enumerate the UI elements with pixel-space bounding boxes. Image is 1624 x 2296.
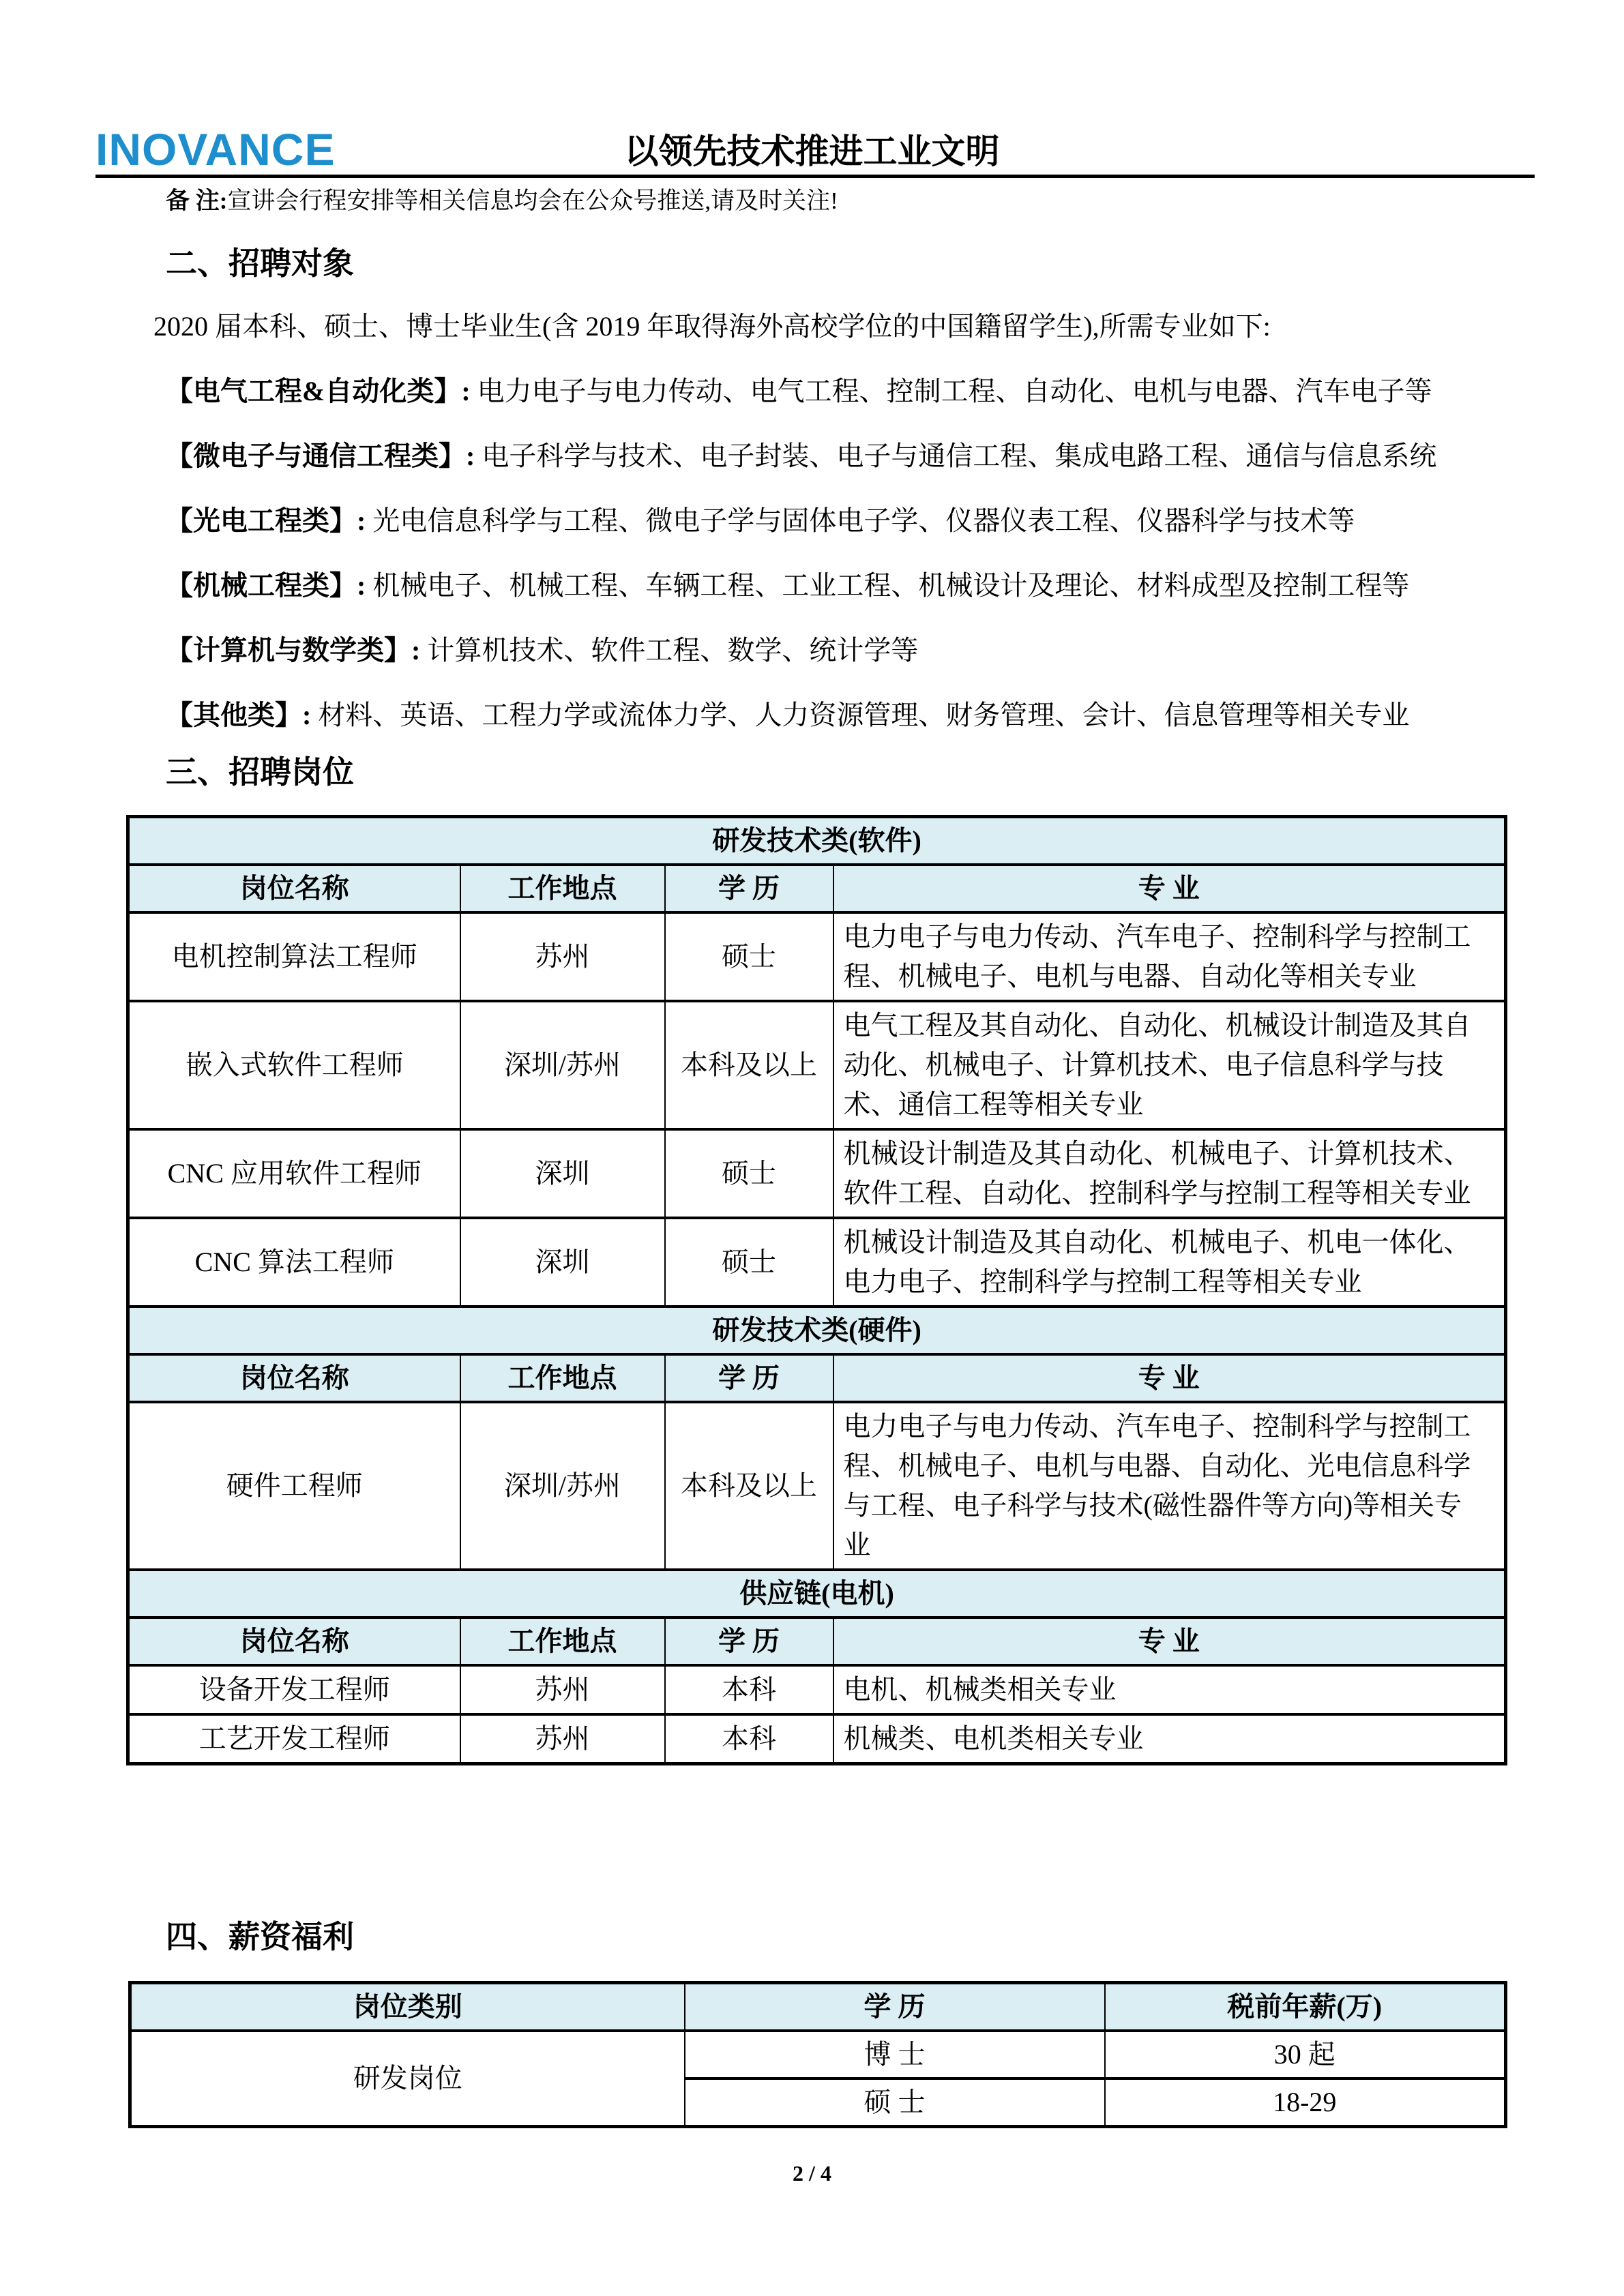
jobs-table: 研发技术类(软件) 岗位名称 工作地点 学 历 专 业 电机控制算法工程师 苏州… bbox=[126, 815, 1507, 1765]
salary-amount-cell: 18-29 bbox=[1105, 2078, 1506, 2127]
category-text: 计算机技术、软件工程、数学、统计学等 bbox=[427, 635, 918, 666]
col-header-category: 岗位类别 bbox=[130, 1983, 685, 2031]
job-degree-cell: 硕士 bbox=[665, 912, 833, 1001]
job-location-cell: 苏州 bbox=[460, 1665, 665, 1714]
job-degree-cell: 硕士 bbox=[665, 1129, 833, 1218]
col-header-degree: 学 历 bbox=[685, 1983, 1105, 2031]
job-major-cell: 电气工程及其自动化、自动化、机械设计制造及其自动化、机械电子、计算机技术、电子信… bbox=[833, 1001, 1506, 1129]
job-degree-cell: 本科及以上 bbox=[665, 1001, 833, 1129]
job-location-cell: 深圳 bbox=[460, 1129, 665, 1218]
group-title: 研发技术类(软件) bbox=[128, 817, 1506, 865]
category-label: 【光电工程类】: bbox=[166, 505, 366, 536]
job-name-cell: 电机控制算法工程师 bbox=[128, 912, 460, 1001]
category-line: 【微电子与通信工程类】:电子科学与技术、电子封装、电子与通信工程、集成电路工程、… bbox=[166, 441, 1624, 471]
col-header-job: 岗位名称 bbox=[128, 1617, 460, 1665]
salary-amount-cell: 30 起 bbox=[1105, 2031, 1506, 2078]
category-text: 光电信息科学与工程、微电子学与固体电子学、仪器仪表工程、仪器科学与技术等 bbox=[372, 505, 1355, 536]
category-line: 【其他类】:材料、英语、工程力学或流体力学、人力资源管理、财务管理、会计、信息管… bbox=[166, 700, 1624, 730]
job-name-cell: 工艺开发工程师 bbox=[128, 1714, 460, 1764]
salary-degree-cell: 硕 士 bbox=[685, 2078, 1105, 2127]
job-major-cell: 电力电子与电力传动、汽车电子、控制科学与控制工程、机械电子、电机与电器、自动化、… bbox=[833, 1402, 1506, 1570]
job-major-cell: 机械类、电机类相关专业 bbox=[833, 1714, 1506, 1764]
job-location-cell: 苏州 bbox=[460, 1714, 665, 1764]
category-label: 【其他类】: bbox=[166, 700, 311, 730]
col-header-salary: 税前年薪(万) bbox=[1105, 1983, 1506, 2031]
salary-degree-cell: 博 士 bbox=[685, 2031, 1105, 2078]
category-line: 【光电工程类】:光电信息科学与工程、微电子学与固体电子学、仪器仪表工程、仪器科学… bbox=[166, 506, 1624, 536]
group-band-software: 研发技术类(软件) bbox=[128, 817, 1506, 865]
job-location-cell: 深圳/苏州 bbox=[460, 1402, 665, 1570]
job-degree-cell: 硕士 bbox=[665, 1218, 833, 1307]
category-line: 【机械工程类】:机械电子、机械工程、车辆工程、工业工程、机械设计及理论、材料成型… bbox=[166, 571, 1624, 601]
job-row: 电机控制算法工程师 苏州 硕士 电力电子与电力传动、汽车电子、控制科学与控制工程… bbox=[128, 912, 1506, 1001]
category-label: 【电气工程&自动化类】: bbox=[166, 376, 471, 406]
job-major-cell: 机械设计制造及其自动化、机械电子、计算机技术、软件工程、自动化、控制科学与控制工… bbox=[833, 1129, 1506, 1218]
jobs-header-row: 岗位名称 工作地点 学 历 专 业 bbox=[128, 1354, 1506, 1402]
category-label: 【微电子与通信工程类】: bbox=[166, 441, 475, 471]
col-header-degree: 学 历 bbox=[665, 865, 833, 912]
job-major-cell: 机械设计制造及其自动化、机械电子、机电一体化、电力电子、控制科学与控制工程等相关… bbox=[833, 1218, 1506, 1307]
col-header-degree: 学 历 bbox=[665, 1354, 833, 1402]
category-text: 电力电子与电力传动、电气工程、控制工程、自动化、电机与电器、汽车电子等 bbox=[477, 376, 1432, 406]
category-label: 【计算机与数学类】: bbox=[166, 635, 420, 666]
job-name-cell: CNC 应用软件工程师 bbox=[128, 1129, 460, 1218]
col-header-location: 工作地点 bbox=[460, 865, 665, 912]
category-text: 机械电子、机械工程、车辆工程、工业工程、机械设计及理论、材料成型及控制工程等 bbox=[372, 570, 1409, 601]
page-header: INOVANCE 以领先技术推进工业文明 bbox=[0, 109, 1624, 175]
job-degree-cell: 本科及以上 bbox=[665, 1402, 833, 1570]
job-location-cell: 深圳/苏州 bbox=[460, 1001, 665, 1129]
job-major-cell: 电机、机械类相关专业 bbox=[833, 1665, 1506, 1714]
job-row: CNC 应用软件工程师 深圳 硕士 机械设计制造及其自动化、机械电子、计算机技术… bbox=[128, 1129, 1506, 1218]
job-major-cell: 电力电子与电力传动、汽车电子、控制科学与控制工程、机械电子、电机与电器、自动化等… bbox=[833, 912, 1506, 1001]
job-location-cell: 深圳 bbox=[460, 1218, 665, 1307]
group-band-supply-chain: 供应链(电机) bbox=[128, 1570, 1506, 1617]
company-slogan: 以领先技术推进工业文明 bbox=[0, 132, 1624, 170]
col-header-location: 工作地点 bbox=[460, 1354, 665, 1402]
job-name-cell: CNC 算法工程师 bbox=[128, 1218, 460, 1307]
section3-title: 三、招聘岗位 bbox=[166, 756, 1624, 789]
job-location-cell: 苏州 bbox=[460, 912, 665, 1001]
job-degree-cell: 本科 bbox=[665, 1665, 833, 1714]
job-row: 工艺开发工程师 苏州 本科 机械类、电机类相关专业 bbox=[128, 1714, 1506, 1764]
page-number: 2 / 4 bbox=[0, 2161, 1624, 2186]
category-text: 材料、英语、工程力学或流体力学、人力资源管理、财务管理、会计、信息管理等相关专业 bbox=[318, 700, 1409, 730]
col-header-degree: 学 历 bbox=[665, 1617, 833, 1665]
col-header-job: 岗位名称 bbox=[128, 865, 460, 912]
jobs-header-row: 岗位名称 工作地点 学 历 专 业 bbox=[128, 865, 1506, 912]
col-header-major: 专 业 bbox=[833, 1617, 1506, 1665]
job-row: 嵌入式软件工程师 深圳/苏州 本科及以上 电气工程及其自动化、自动化、机械设计制… bbox=[128, 1001, 1506, 1129]
salary-category-cell: 研发岗位 bbox=[130, 2031, 685, 2127]
group-title: 供应链(电机) bbox=[128, 1570, 1506, 1617]
job-name-cell: 嵌入式软件工程师 bbox=[128, 1001, 460, 1129]
note-label: 备 注: bbox=[166, 188, 227, 214]
salary-table: 岗位类别 学 历 税前年薪(万) 研发岗位 博 士 30 起 硕 士 18-29 bbox=[128, 1981, 1507, 2128]
header-divider bbox=[95, 175, 1535, 178]
job-row: CNC 算法工程师 深圳 硕士 机械设计制造及其自动化、机械电子、机电一体化、电… bbox=[128, 1218, 1506, 1307]
group-band-hardware: 研发技术类(硬件) bbox=[128, 1307, 1506, 1354]
category-line: 【电气工程&自动化类】:电力电子与电力传动、电气工程、控制工程、自动化、电机与电… bbox=[166, 376, 1624, 406]
group-title: 研发技术类(硬件) bbox=[128, 1307, 1506, 1354]
job-row: 设备开发工程师 苏州 本科 电机、机械类相关专业 bbox=[128, 1665, 1506, 1714]
jobs-header-row: 岗位名称 工作地点 学 历 专 业 bbox=[128, 1617, 1506, 1665]
note-text: 宣讲会行程安排等相关信息均会在公众号推送,请及时关注! bbox=[227, 188, 838, 214]
job-degree-cell: 本科 bbox=[665, 1714, 833, 1764]
salary-row: 研发岗位 博 士 30 起 bbox=[130, 2031, 1506, 2078]
salary-header-row: 岗位类别 学 历 税前年薪(万) bbox=[130, 1983, 1506, 2031]
col-header-location: 工作地点 bbox=[460, 1617, 665, 1665]
section2-intro: 2020 届本科、硕士、博士毕业生(含 2019 年取得海外高校学位的中国籍留学… bbox=[153, 312, 1624, 342]
note-line: 备 注:宣讲会行程安排等相关信息均会在公众号推送,请及时关注! bbox=[166, 189, 1624, 213]
section4-title: 四、薪资福利 bbox=[166, 1921, 1624, 1954]
col-header-major: 专 业 bbox=[833, 1354, 1506, 1402]
category-line: 【计算机与数学类】:计算机技术、软件工程、数学、统计学等 bbox=[166, 636, 1624, 666]
document-page: INOVANCE 以领先技术推进工业文明 备 注:宣讲会行程安排等相关信息均会在… bbox=[0, 0, 1624, 2296]
job-name-cell: 硬件工程师 bbox=[128, 1402, 460, 1570]
job-row: 硬件工程师 深圳/苏州 本科及以上 电力电子与电力传动、汽车电子、控制科学与控制… bbox=[128, 1402, 1506, 1570]
section2-title: 二、招聘对象 bbox=[166, 248, 1624, 280]
category-text: 电子科学与技术、电子封装、电子与通信工程、集成电路工程、通信与信息系统 bbox=[482, 441, 1436, 471]
col-header-major: 专 业 bbox=[833, 865, 1506, 912]
col-header-job: 岗位名称 bbox=[128, 1354, 460, 1402]
category-label: 【机械工程类】: bbox=[166, 570, 366, 601]
job-name-cell: 设备开发工程师 bbox=[128, 1665, 460, 1714]
